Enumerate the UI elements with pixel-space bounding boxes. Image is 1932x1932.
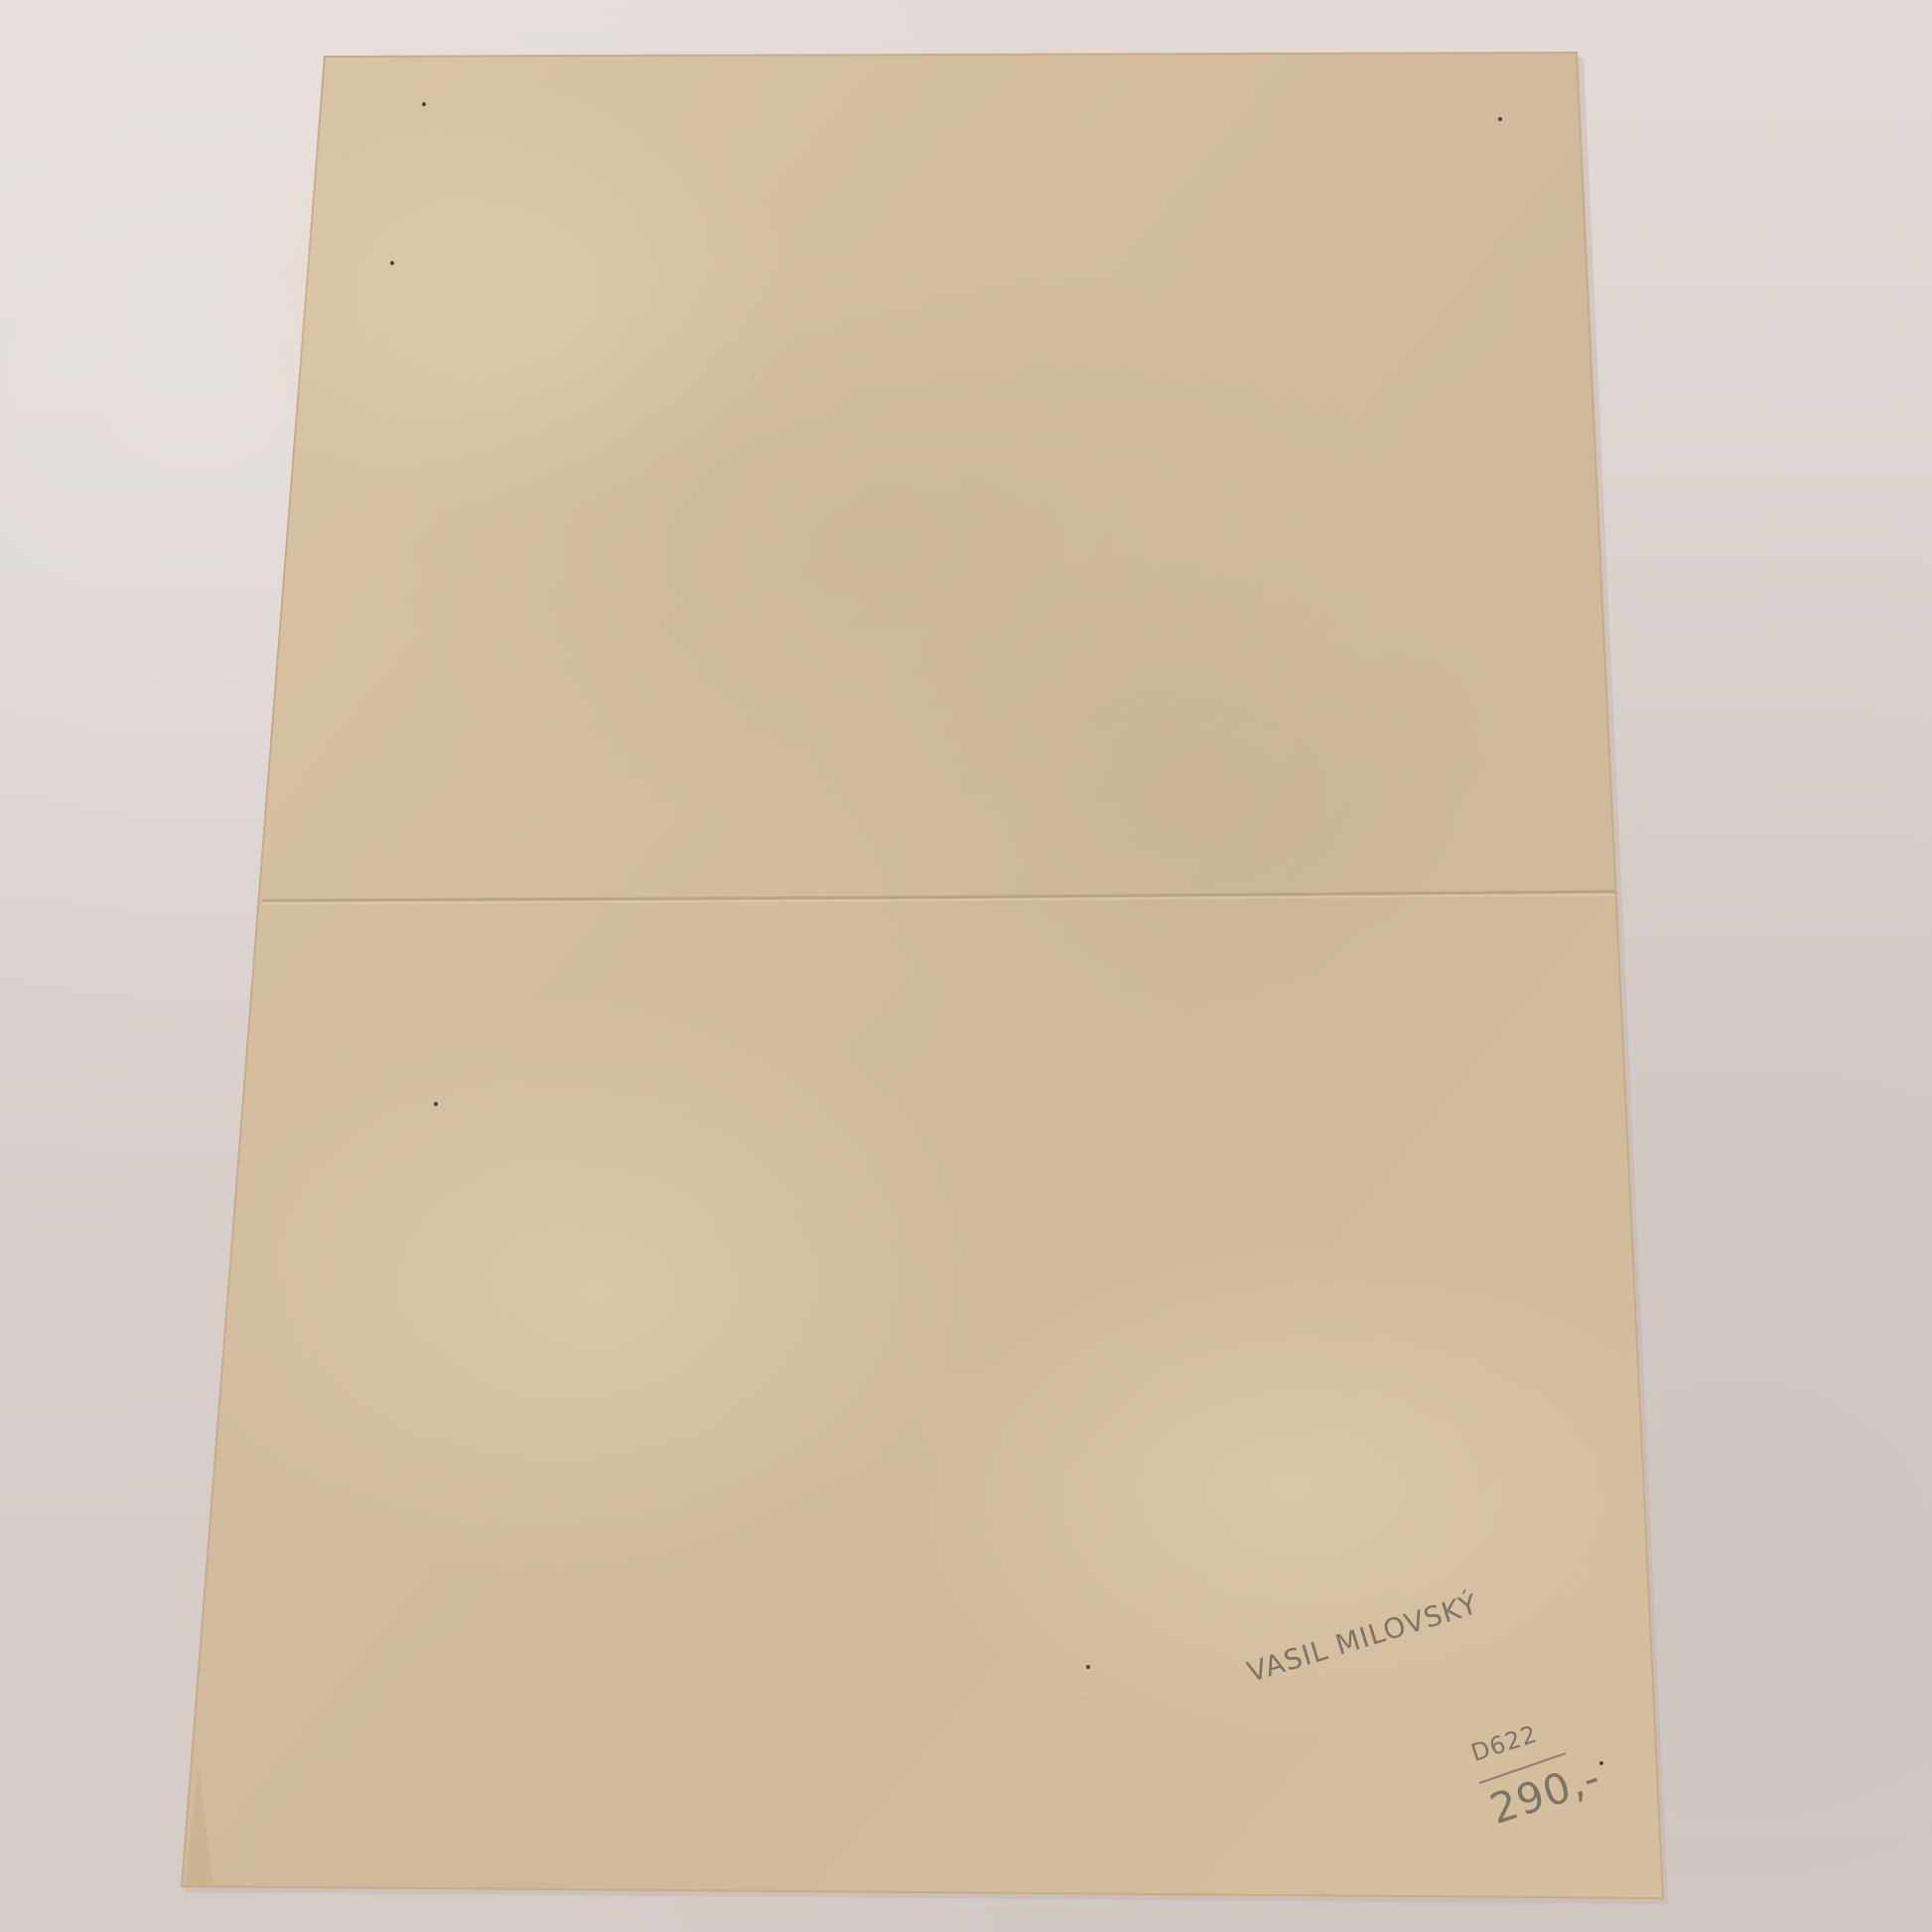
photo-scene: VASIL MILOVSKÝ D622 290,- [0,0,1932,1932]
speck [1498,117,1502,121]
speck [1599,1761,1603,1765]
speck [434,1102,438,1106]
speck [1086,1665,1090,1669]
paper-sheet [0,0,1932,1932]
speck [390,261,394,265]
speck [422,102,426,106]
